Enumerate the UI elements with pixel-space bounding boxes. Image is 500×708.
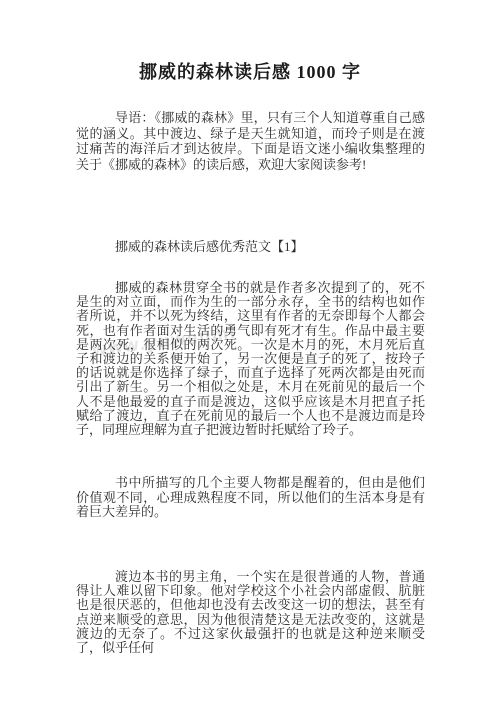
body-paragraph-1: 挪威的森林贯穿全书的就是作者多次提到了的，死不是生的对立面，而作为生的一部分永存… (76, 281, 425, 437)
intro-paragraph: 导语：《挪威的森林》里，只有三个人知道尊重自己感觉的涵义。其中渡边、绿子是天生就… (76, 110, 425, 172)
body-paragraph-2: 书中所描写的几个主要人物都是醒着的，但由是他们价值观不同，心理成熟程度不同，所以… (76, 476, 425, 520)
body-paragraph-3: 渡边本书的男主角，一个实在是很普通的人物，普通得让人难以留下印象。他对学校这个小… (76, 570, 425, 655)
document-page: 挪威的森林读后感 1000 字 导语：《挪威的森林》里，只有三个人知道尊重自己感… (0, 0, 500, 708)
document-title: 挪威的森林读后感 1000 字 (0, 58, 500, 84)
section-heading: 挪威的森林读后感优秀范文【1】 (76, 236, 425, 255)
